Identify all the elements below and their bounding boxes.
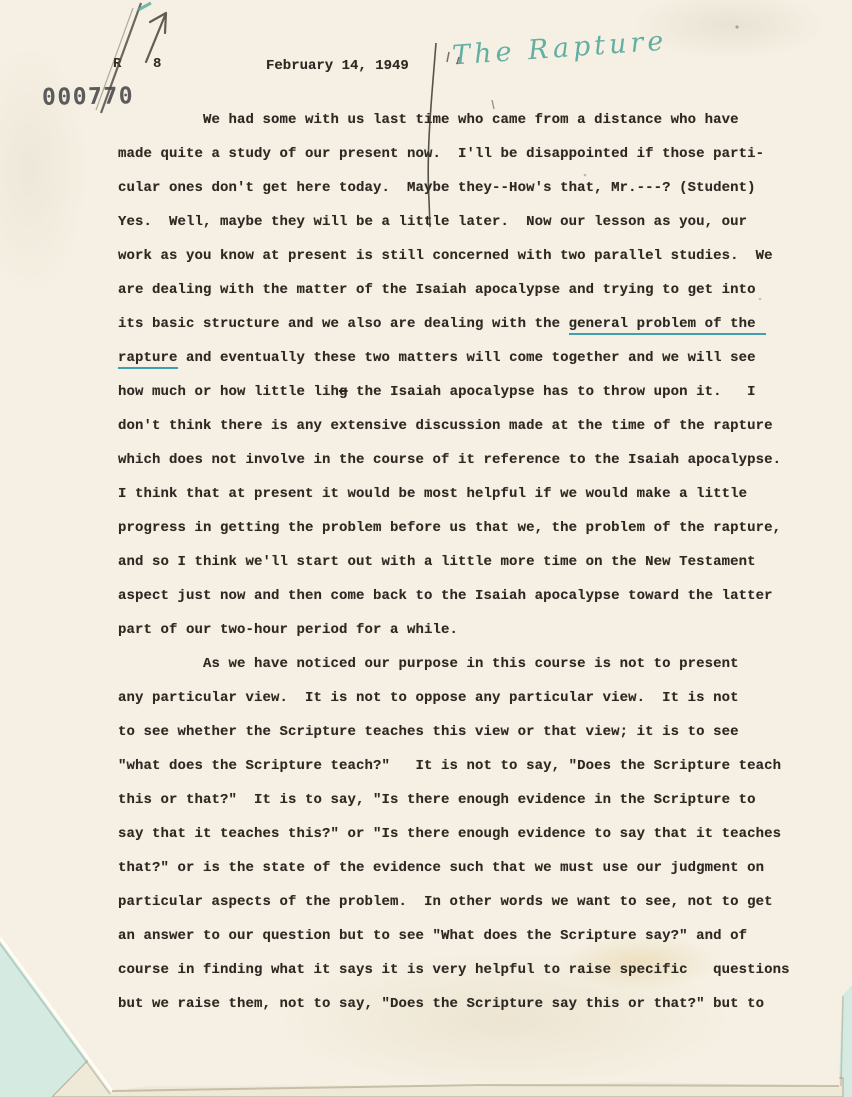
typed-text: made quite a study of our present now. I… [118, 146, 764, 162]
typed-line: particular aspects of the problem. In ot… [118, 885, 790, 919]
typed-text: As we have noticed our purpose in this c… [118, 656, 739, 672]
typed-line: aspect just now and then come back to th… [118, 579, 790, 613]
typed-line: that?" or is the state of the evidence s… [118, 851, 790, 885]
typed-text: which does not involve in the course of … [118, 452, 781, 468]
typed-line: an answer to our question but to see "Wh… [118, 919, 790, 953]
typed-line: I think that at present it would be most… [118, 477, 790, 511]
typed-line: course in finding what it says it is ver… [118, 953, 790, 987]
typed-text: Yes. Well, maybe they will be a little l… [118, 214, 747, 230]
typed-line: to see whether the Scripture teaches thi… [118, 715, 790, 749]
typed-text: to see whether the Scripture teaches thi… [118, 724, 739, 740]
typed-text: part of our two-hour period for a while. [118, 622, 458, 638]
typed-line: work as you know at present is still con… [118, 239, 790, 273]
typed-text: aspect just now and then come back to th… [118, 588, 773, 604]
underlined-text: rapture [118, 350, 178, 369]
page-letter: R [113, 56, 121, 72]
typed-lines: We had some with us last time who came f… [118, 103, 790, 1021]
typed-line: are dealing with the matter of the Isaia… [118, 273, 790, 307]
typed-line: made quite a study of our present now. I… [118, 137, 790, 171]
typed-text: We had some with us last time who came f… [118, 112, 739, 128]
typed-date: February 14, 1949 [266, 58, 409, 74]
typed-text: say that it teaches this?" or "Is there … [118, 826, 781, 842]
typed-line: cular ones don't get here today. Maybe t… [118, 171, 790, 205]
typed-text: work as you know at present is still con… [118, 248, 773, 264]
typed-text: but we raise them, not to say, "Does the… [118, 996, 764, 1012]
scanned-page: 000770 R 8 February 14, 1949 The Rapture… [0, 0, 852, 1097]
typed-text: cular ones don't get here today. Maybe t… [118, 180, 756, 196]
typed-text: particular aspects of the problem. In ot… [118, 894, 773, 910]
underlined-text: general problem of the [569, 316, 766, 335]
typed-text: course in finding what it says it is ver… [118, 962, 790, 978]
typed-text: and so I think we'll start out with a li… [118, 554, 756, 570]
typed-line: which does not involve in the course of … [118, 443, 790, 477]
typed-line: but we raise them, not to say, "Does the… [118, 987, 790, 1021]
typed-line: how much or how little lihg the Isaiah a… [118, 375, 790, 409]
typed-line: "what does the Scripture teach?" It is n… [118, 749, 790, 783]
typed-text: its basic structure and we also are deal… [118, 316, 569, 332]
typed-text: an answer to our question but to see "Wh… [118, 928, 747, 944]
typed-text: "what does the Scripture teach?" It is n… [118, 758, 781, 774]
typed-text: are dealing with the matter of the Isaia… [118, 282, 756, 298]
typed-line: its basic structure and we also are deal… [118, 307, 790, 341]
typed-text: and eventually these two matters will co… [178, 350, 756, 366]
typed-line: and so I think we'll start out with a li… [118, 545, 790, 579]
typed-line: don't think there is any extensive discu… [118, 409, 790, 443]
typed-line: say that it teaches this?" or "Is there … [118, 817, 790, 851]
typed-text: the Isaiah apocalypse has to throw upon … [348, 384, 756, 400]
typed-text: how much or how little lih [118, 384, 339, 400]
typed-text: progress in getting the problem before u… [118, 520, 781, 536]
typed-line: We had some with us last time who came f… [118, 103, 790, 137]
struck-text: g [339, 384, 348, 400]
typed-line: progress in getting the problem before u… [118, 511, 790, 545]
typed-line: any particular view. It is not to oppose… [118, 681, 790, 715]
typed-text: that?" or is the state of the evidence s… [118, 860, 764, 876]
typed-line: As we have noticed our purpose in this c… [118, 647, 790, 681]
typed-text: any particular view. It is not to oppose… [118, 690, 739, 706]
typed-line: rapture and eventually these two matters… [118, 341, 790, 375]
typed-text: I think that at present it would be most… [118, 486, 747, 502]
typed-line: part of our two-hour period for a while. [118, 613, 790, 647]
typed-line: this or that?" It is to say, "Is there e… [118, 783, 790, 817]
typed-text: don't think there is any extensive discu… [118, 418, 773, 434]
typed-line: Yes. Well, maybe they will be a little l… [118, 205, 790, 239]
typed-text: this or that?" It is to say, "Is there e… [118, 792, 756, 808]
page-number: 8 [153, 56, 161, 72]
